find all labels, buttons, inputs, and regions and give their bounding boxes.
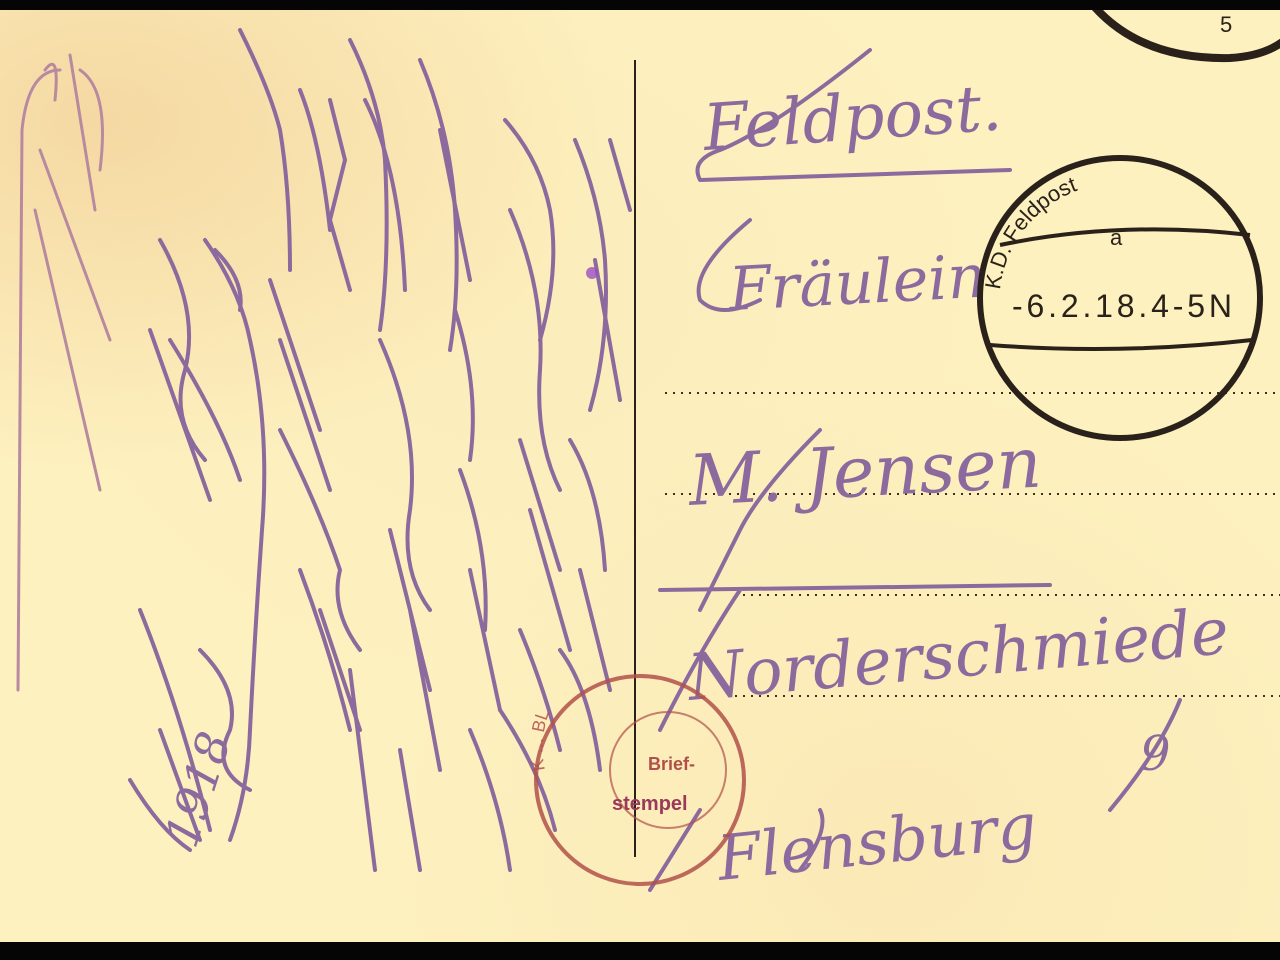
photo-border-bottom bbox=[0, 942, 1280, 960]
photo-border-top bbox=[0, 0, 1280, 10]
censor-stamp: K ... BL Brief- stempel bbox=[0, 10, 1280, 942]
postcard-back: 1918 Feldpost. Fräulein M. Jensen bbox=[0, 10, 1280, 942]
censor-top-text: Brief- bbox=[648, 754, 695, 774]
censor-bottom-text: stempel bbox=[612, 793, 688, 815]
censor-ring-text: K ... BL bbox=[527, 707, 554, 773]
